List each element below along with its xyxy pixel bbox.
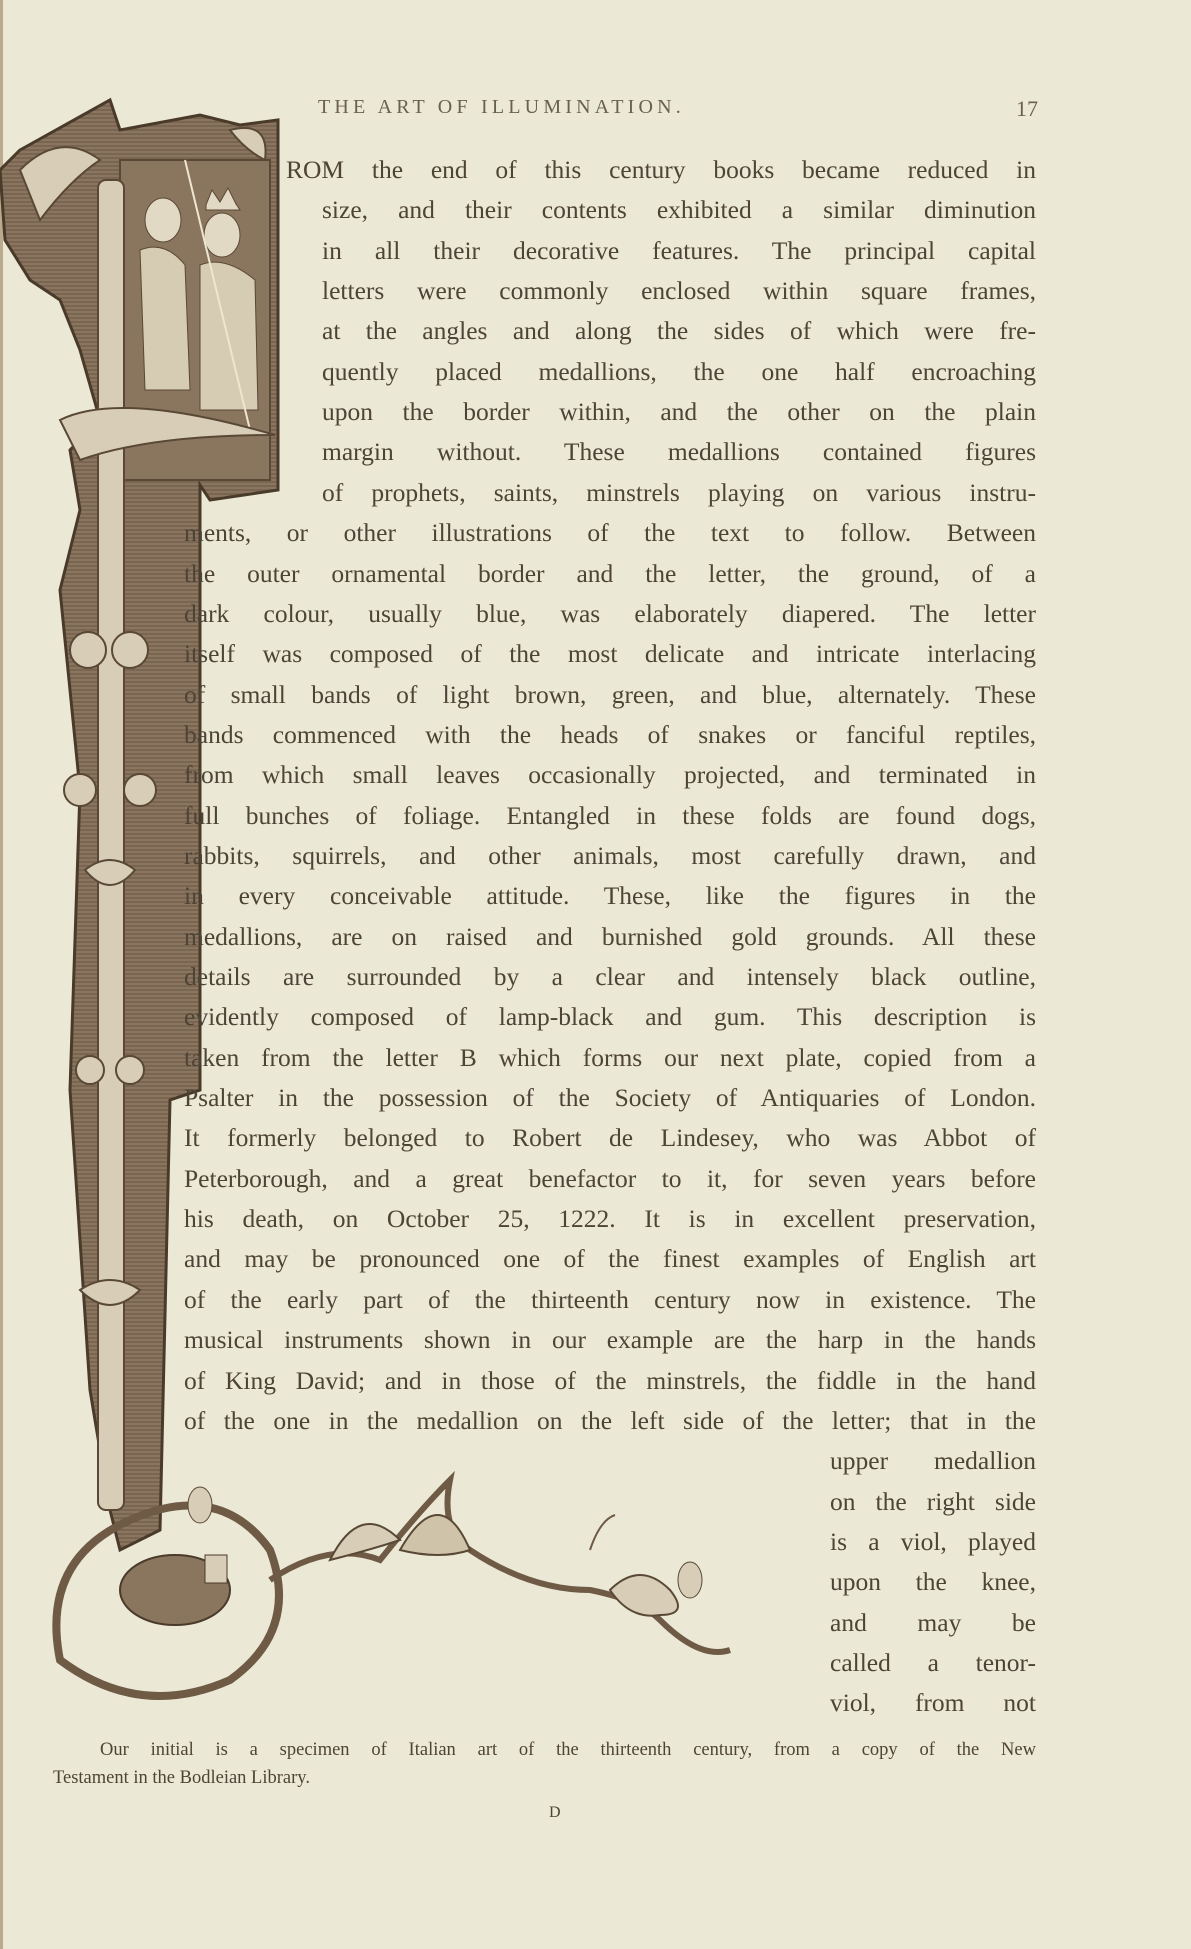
running-title: THE ART OF ILLUMINATION. <box>318 96 685 119</box>
body-line: itself was composed of the most delicate… <box>184 638 1036 670</box>
body-line: at the angles and along the sides of whi… <box>322 315 1036 347</box>
signature-mark: D <box>549 1804 561 1822</box>
body-line: ROM the end of this century books became… <box>286 154 1036 186</box>
body-line: upon the knee, <box>830 1566 1036 1598</box>
body-line: in all their decorative features. The pr… <box>322 235 1036 267</box>
body-line: upon the border within, and the other on… <box>322 396 1036 428</box>
body-line: It formerly belonged to Robert de Lindes… <box>184 1122 1036 1154</box>
body-line: of prophets, saints, minstrels playing o… <box>322 477 1036 509</box>
body-line: size, and their contents exhibited a sim… <box>322 194 1036 226</box>
body-line: Peterborough, and a great benefactor to … <box>184 1163 1036 1195</box>
body-line: margin without. These medallions contain… <box>322 436 1036 468</box>
body-line: in every conceivable attitude. These, li… <box>184 880 1036 912</box>
body-line: called a tenor- <box>830 1647 1036 1679</box>
footnote-line: Testament in the Bodleian Library. <box>53 1766 310 1790</box>
body-line: upper medallion <box>830 1445 1036 1477</box>
body-line: taken from the letter B which forms our … <box>184 1042 1036 1074</box>
body-line: medallions, are on raised and burnished … <box>184 921 1036 953</box>
body-line: of small bands of light brown, green, an… <box>184 679 1036 711</box>
body-line: full bunches of foliage. Entangled in th… <box>184 800 1036 832</box>
body-line: musical instruments shown in our example… <box>184 1324 1036 1356</box>
body-line: Psalter in the possession of the Society… <box>184 1082 1036 1114</box>
body-line: the outer ornamental border and the lett… <box>184 558 1036 590</box>
body-line: and may be <box>830 1607 1036 1639</box>
page-number: 17 <box>1016 96 1038 122</box>
body-line: from which small leaves occasionally pro… <box>184 759 1036 791</box>
body-line: on the right side <box>830 1486 1036 1518</box>
body-line: is a viol, played <box>830 1526 1036 1558</box>
tail-ornament-beast-icon <box>0 1440 820 1720</box>
body-line: quently placed medallions, the one half … <box>322 356 1036 388</box>
body-line: ments, or other illustrations of the tex… <box>184 517 1036 549</box>
body-line: dark colour, usually blue, was elaborate… <box>184 598 1036 630</box>
body-line: rabbits, squirrels, and other animals, m… <box>184 840 1036 872</box>
footnote-line: Our initial is a specimen of Italian art… <box>100 1738 1036 1762</box>
body-line: his death, on October 25, 1222. It is in… <box>184 1203 1036 1235</box>
body-line: of King David; and in those of the minst… <box>184 1365 1036 1397</box>
body-line: letters were commonly enclosed within sq… <box>322 275 1036 307</box>
body-line: evidently composed of lamp-black and gum… <box>184 1001 1036 1033</box>
body-line: of the early part of the thirteenth cent… <box>184 1284 1036 1316</box>
body-line: of the one in the medallion on the left … <box>184 1405 1036 1437</box>
body-line: details are surrounded by a clear and in… <box>184 961 1036 993</box>
body-line: bands commenced with the heads of snakes… <box>184 719 1036 751</box>
body-line: and may be pronounced one of the finest … <box>184 1243 1036 1275</box>
body-line: viol, from not <box>830 1687 1036 1719</box>
